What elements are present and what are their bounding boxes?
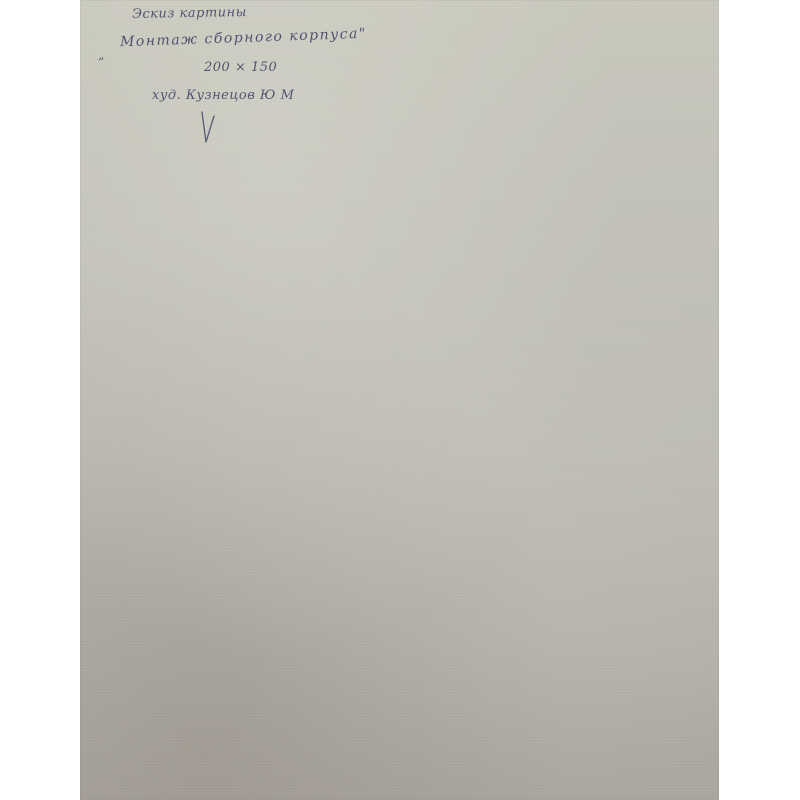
photo-stage: Эскиз картины Монтаж сборного корпуса" „…: [0, 0, 800, 800]
paper-sheet: [80, 0, 719, 800]
checkmark-icon: [200, 110, 216, 144]
annotation-sketch-title: Эскиз картины: [132, 5, 247, 22]
annotation-artist: худ. Кузнецов Ю М: [152, 88, 294, 103]
annotation-opening-quote: „: [98, 48, 105, 62]
annotation-dimensions: 200 × 150: [204, 60, 277, 75]
